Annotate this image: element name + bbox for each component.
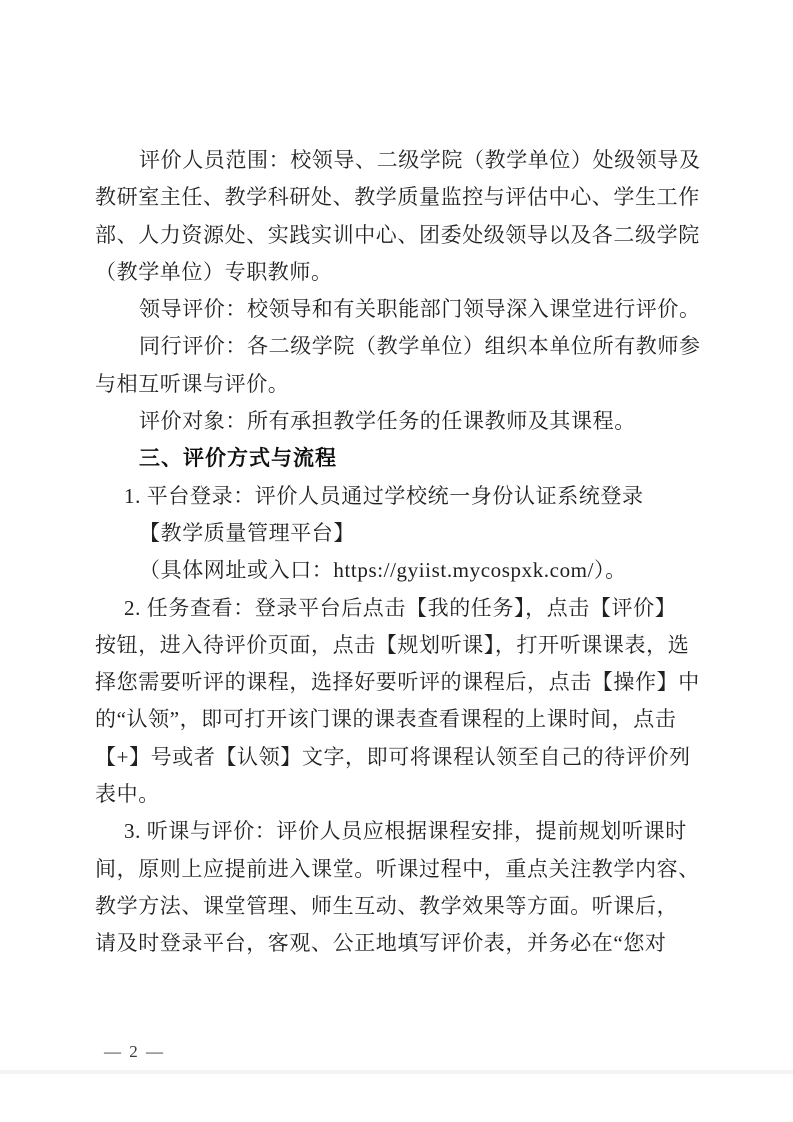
text-line: 按钮，进入待评价页面，点击【规划听课】，打开听课课表，选 [95, 627, 710, 664]
text-line-content: 择您需要听评的课程，选择好要听评的课程后，点击【操作】中 [95, 670, 700, 694]
text-line: 同行评价：各二级学院（教学单位）组织本单位所有教师参 [95, 328, 710, 365]
text-line-content: 部、人力资源处、实践实训中心、团委处级领导以及各二级学院 [95, 223, 700, 247]
text-line: 与相互听课与评价。 [95, 366, 710, 403]
text-line-content: 1. 平台登录：评价人员通过学校统一身份认证系统登录 [124, 484, 644, 508]
text-line-content: （具体网址或入口：https://gyiist.mycospxk.com/）。 [139, 558, 627, 582]
page-number: — 2 — [104, 1041, 165, 1063]
text-line: 请及时登录平台，客观、公正地填写评价表，并务必在“您对 [95, 925, 710, 962]
text-line-content: 【教学质量管理平台】 [139, 521, 355, 545]
text-line: 1. 平台登录：评价人员通过学校统一身份认证系统登录 [95, 478, 710, 515]
text-line: 教学方法、课堂管理、师生互动、教学效果等方面。听课后， [95, 888, 710, 925]
text-line-content: 三、评价方式与流程 [139, 447, 337, 470]
text-line: 三、评价方式与流程 [95, 440, 710, 477]
text-line: 间，原则上应提前进入课堂。听课过程中，重点关注教学内容、 [95, 851, 710, 888]
document-body: 评价人员范围：校领导、二级学院（教学单位）处级领导及 教研室主任、教学科研处、教… [95, 142, 710, 963]
text-line: 部、人力资源处、实践实训中心、团委处级领导以及各二级学院 [95, 217, 710, 254]
text-line: 2. 任务查看：登录平台后点击【我的任务】，点击【评价】 [95, 590, 710, 627]
text-line: 表中。 [95, 776, 710, 813]
text-line: 评价对象：所有承担教学任务的任课教师及其课程。 [95, 403, 710, 440]
text-line: 教研室主任、教学科研处、教学质量监控与评估中心、学生工作 [95, 179, 710, 216]
text-line: 3. 听课与评价：评价人员应根据课程安排，提前规划听课时 [95, 813, 710, 850]
text-line: 评价人员范围：校领导、二级学院（教学单位）处级领导及 [95, 142, 710, 179]
text-line: （教学单位）专职教师。 [95, 254, 710, 291]
text-line: （具体网址或入口：https://gyiist.mycospxk.com/）。 [95, 552, 710, 589]
text-line-content: 按钮，进入待评价页面，点击【规划听课】，打开听课课表，选 [95, 633, 689, 657]
text-line: 【+】号或者【认领】文字，即可将课程认领至自己的待评价列 [95, 739, 710, 776]
text-line: 的“认领”，即可打开该门课的课表查看课程的上课时间，点击 [95, 701, 710, 738]
scan-artifact-line [0, 1070, 793, 1074]
text-line: 择您需要听评的课程，选择好要听评的课程后，点击【操作】中 [95, 664, 710, 701]
text-line-content: 3. 听课与评价：评价人员应根据课程安排，提前规划听课时 [124, 819, 687, 843]
text-line-content: 【+】号或者【认领】文字，即可将课程认领至自己的待评价列 [95, 745, 691, 769]
text-line-content: 评价对象：所有承担教学任务的任课教师及其课程。 [139, 409, 636, 433]
text-line-content: 教学方法、课堂管理、师生互动、教学效果等方面。听课后， [95, 894, 678, 918]
text-line-content: 请及时登录平台，客观、公正地填写评价表，并务必在“您对 [95, 931, 667, 955]
text-line-content: 的“认领”，即可打开该门课的课表查看课程的上课时间，点击 [95, 707, 676, 731]
text-line: 【教学质量管理平台】 [95, 515, 710, 552]
text-line-content: 评价人员范围：校领导、二级学院（教学单位）处级领导及 [139, 148, 701, 172]
text-line-content: 同行评价：各二级学院（教学单位）组织本单位所有教师参 [139, 334, 701, 358]
text-line-content: 教研室主任、教学科研处、教学质量监控与评估中心、学生工作 [95, 185, 700, 209]
text-line-content: 2. 任务查看：登录平台后点击【我的任务】，点击【评价】 [124, 596, 676, 620]
text-line: 领导评价：校领导和有关职能部门领导深入课堂进行评价。 [95, 291, 710, 328]
document-page: 评价人员范围：校领导、二级学院（教学单位）处级领导及 教研室主任、教学科研处、教… [0, 0, 793, 1122]
text-line-content: 领导评价：校领导和有关职能部门领导深入课堂进行评价。 [139, 297, 701, 321]
text-line-content: （教学单位）专职教师。 [95, 260, 333, 284]
text-line-content: 间，原则上应提前进入课堂。听课过程中，重点关注教学内容、 [95, 857, 700, 881]
text-line-content: 表中。 [95, 782, 160, 806]
text-line-content: 与相互听课与评价。 [95, 372, 289, 396]
